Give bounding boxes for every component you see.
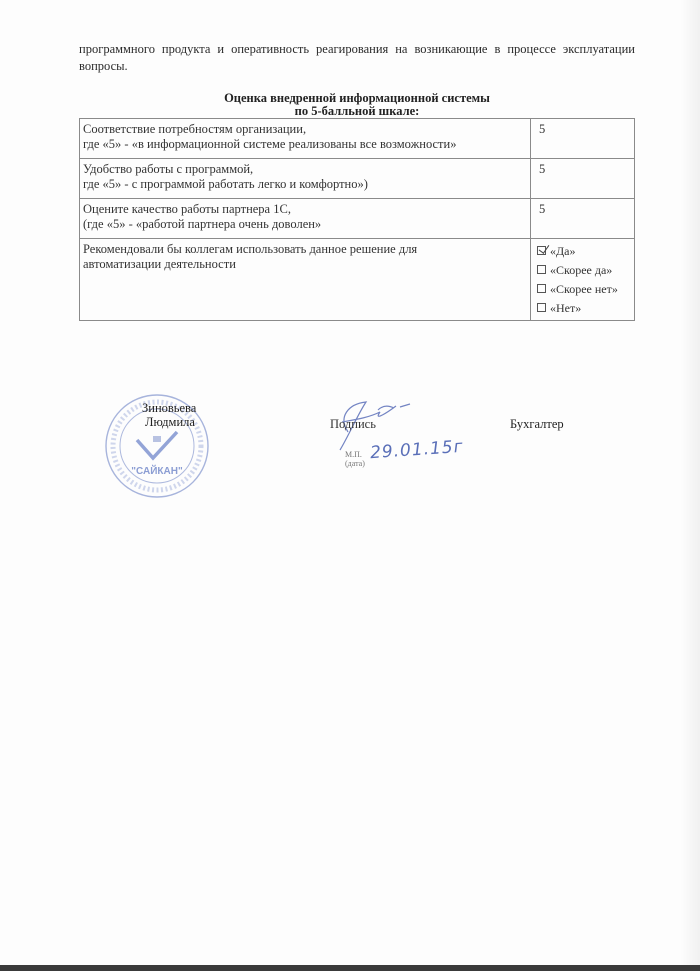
scan-edge-shadow (680, 0, 700, 965)
question-text: Рекомендовали бы коллегам использовать д… (83, 242, 527, 257)
section-subtitle: по 5-балльной шкале: (79, 104, 635, 118)
signature-label: Подпись (330, 417, 376, 432)
table-row: Рекомендовали бы коллегам использовать д… (80, 239, 635, 321)
question-hint: где «5» - с программой работать легко и … (83, 177, 527, 192)
recommend-options: «Да» «Скорее да» «Скорее нет» «Нет» (531, 239, 635, 321)
question-cell: Рекомендовали бы коллегам использовать д… (80, 239, 531, 321)
question-text-cont: автоматизации деятельности (83, 257, 527, 272)
checkbox-icon[interactable] (537, 303, 546, 312)
checkbox-icon[interactable] (537, 265, 546, 274)
checkbox-checked-icon[interactable] (537, 246, 546, 255)
question-text: Удобство работы с программой, (83, 162, 527, 177)
svg-text:"САЙКАН": "САЙКАН" (131, 464, 183, 477)
option-rather-no[interactable]: «Скорее нет» (537, 280, 631, 299)
intro-paragraph: программного продукта и оперативность ре… (79, 41, 635, 75)
signer-position: Бухгалтер (510, 417, 564, 432)
option-rather-yes[interactable]: «Скорее да» (537, 261, 631, 280)
option-no[interactable]: «Нет» (537, 299, 631, 318)
stamp-place-label: М.П. (дата) (345, 450, 365, 468)
option-yes[interactable]: «Да» (537, 242, 631, 261)
question-cell: Соответствие потребностям организации, г… (80, 119, 531, 159)
table-row: Удобство работы с программой, где «5» - … (80, 159, 635, 199)
question-text: Оцените качество работы партнера 1С, (83, 202, 527, 217)
score-cell: 5 (531, 159, 635, 199)
signer-surname: Зиновьева (142, 402, 196, 415)
question-text: Соответствие потребностям организации, (83, 122, 527, 137)
score-cell: 5 (531, 199, 635, 239)
section-title: Оценка внедренной информационной системы (79, 91, 635, 105)
question-cell: Оцените качество работы партнера 1С, (гд… (80, 199, 531, 239)
table-row: Оцените качество работы партнера 1С, (гд… (80, 199, 635, 239)
scan-bottom-edge (0, 965, 700, 971)
question-hint: (где «5» - «работой партнера очень довол… (83, 217, 527, 232)
question-hint: где «5» - «в информационной системе реал… (83, 137, 527, 152)
question-cell: Удобство работы с программой, где «5» - … (80, 159, 531, 199)
table-row: Соответствие потребностям организации, г… (80, 119, 635, 159)
score-cell: 5 (531, 119, 635, 159)
checkbox-icon[interactable] (537, 284, 546, 293)
evaluation-table: Соответствие потребностям организации, г… (79, 118, 635, 321)
signer-first-name: Людмила (145, 416, 195, 429)
